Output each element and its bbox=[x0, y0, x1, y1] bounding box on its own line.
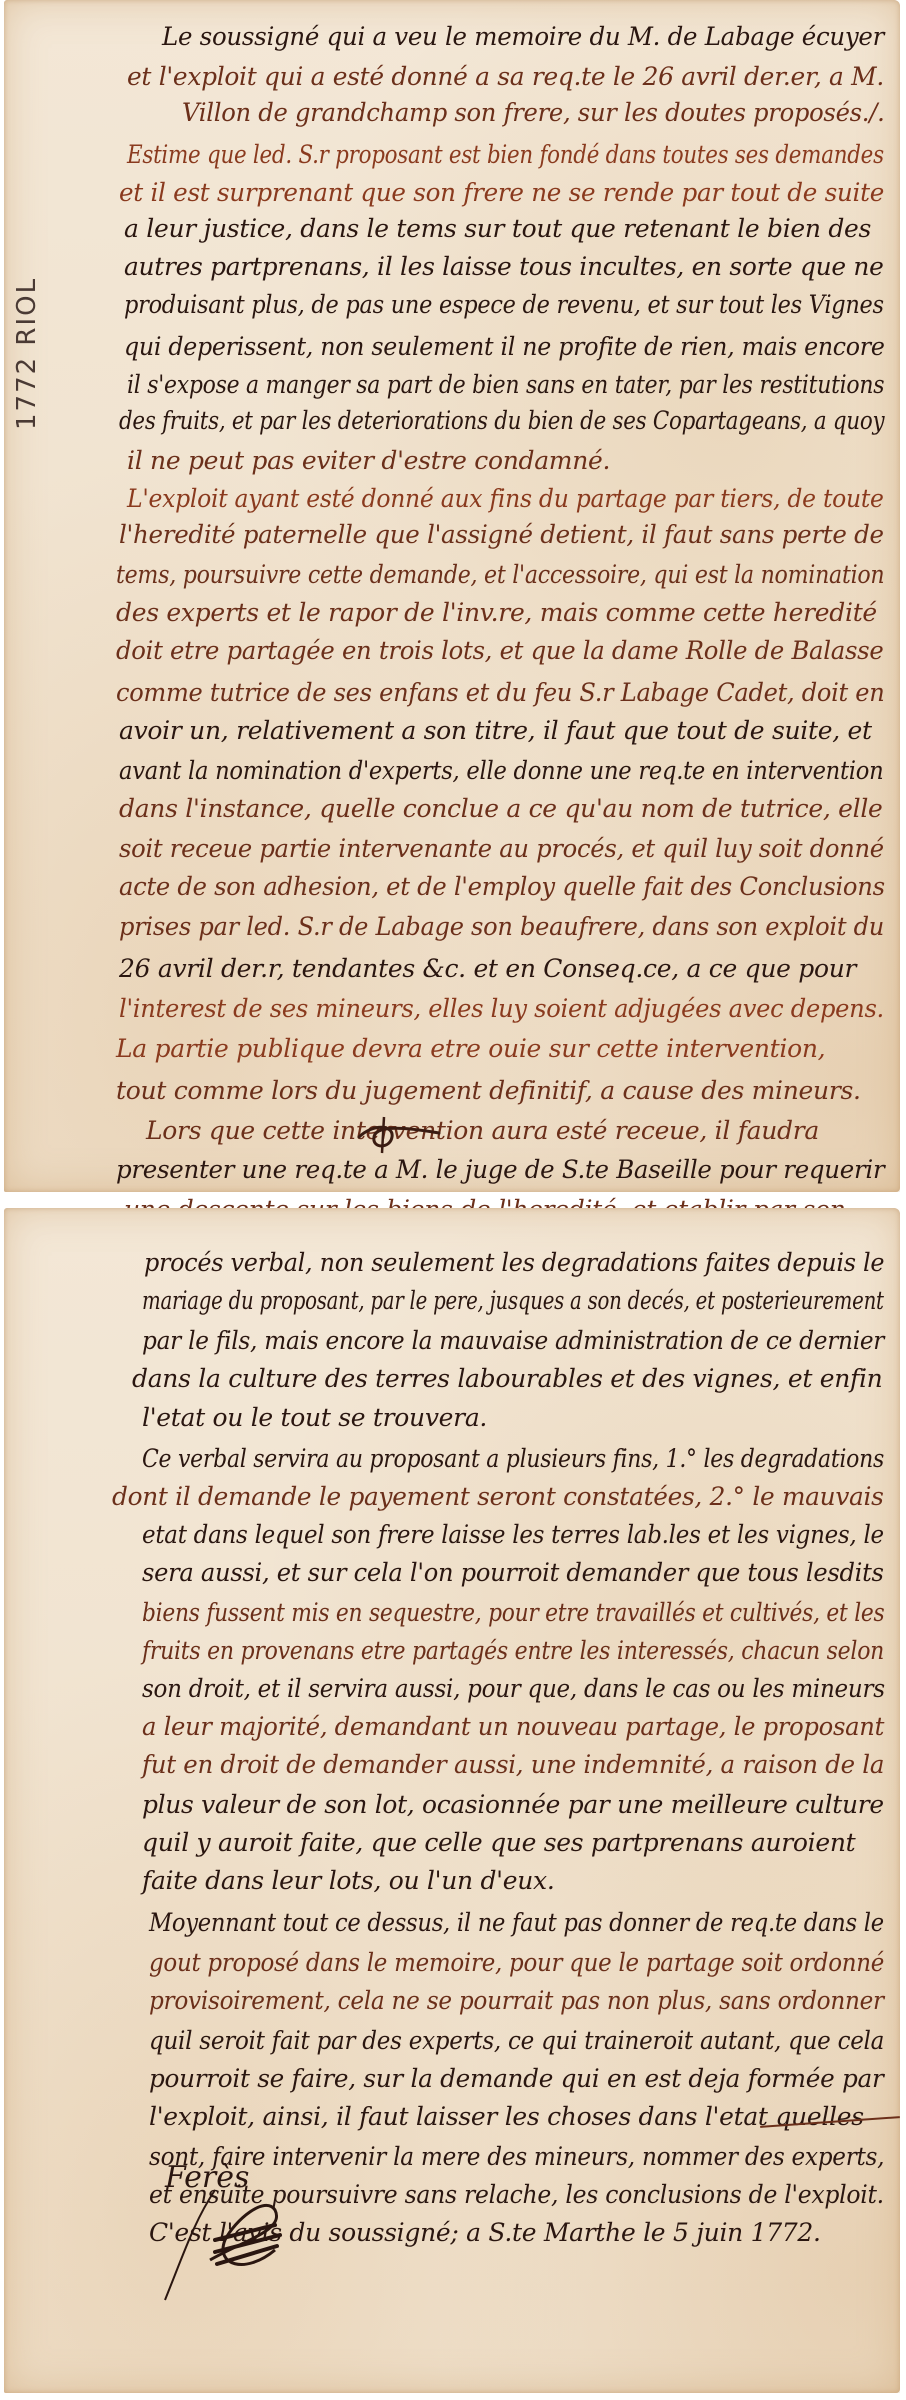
manuscript-line: etat dans lequel son frere laisse les te… bbox=[142, 1520, 884, 1549]
manuscript-line: et il est surprenant que son frere ne se… bbox=[119, 178, 884, 207]
manuscript-line: fut en droit de demander aussi, une inde… bbox=[142, 1750, 884, 1779]
manuscript-line: par le fils, mais encore la mauvaise adm… bbox=[142, 1326, 884, 1355]
manuscript-line: prises par led. S.r de Labage son beaufr… bbox=[119, 912, 884, 941]
manuscript-line: l'heredité paternelle que l'assigné deti… bbox=[119, 520, 884, 549]
manuscript-line: soit receue partie intervenante au procé… bbox=[119, 834, 884, 863]
manuscript-line: tout comme lors du jugement definitif, a… bbox=[116, 1076, 861, 1105]
manuscript-line: procés verbal, non seulement les degrada… bbox=[144, 1248, 884, 1277]
signature-paraph-icon bbox=[155, 2180, 315, 2310]
manuscript-line: tems, poursuivre cette demande, et l'acc… bbox=[116, 560, 884, 589]
manuscript-line: quil y auroit faite, que celle que ses p… bbox=[142, 1828, 855, 1857]
manuscript-line: Le soussigné qui a veu le memoire du M. … bbox=[162, 22, 884, 51]
archive-margin-note: 1772 RIOL bbox=[12, 277, 42, 430]
manuscript-line: Lors que cette intervention aura esté re… bbox=[146, 1116, 819, 1145]
manuscript-page-1: 1772 RIOL Le soussigné qui a veu le memo… bbox=[4, 0, 900, 1192]
manuscript-line: presenter une req.te a M. le juge de S.t… bbox=[116, 1155, 884, 1184]
manuscript-line: dont il demande le payement seront const… bbox=[112, 1482, 884, 1511]
manuscript-line: des experts et le rapor de l'inv.re, mai… bbox=[116, 598, 877, 627]
manuscript-line: l'interest de ses mineurs, elles luy soi… bbox=[119, 994, 884, 1023]
manuscript-line: Villon de grandchamp son frere, sur les … bbox=[182, 98, 885, 127]
manuscript-line: Ce verbal servira au proposant a plusieu… bbox=[142, 1444, 884, 1473]
manuscript-line: fruits en provenans etre partagés entre … bbox=[142, 1636, 884, 1665]
manuscript-line: produisant plus, de pas une espece de re… bbox=[124, 290, 884, 319]
manuscript-line: des fruits, et par les deteriorations du… bbox=[119, 406, 884, 435]
manuscript-line: doit etre partagée en trois lots, et que… bbox=[116, 636, 883, 665]
manuscript-line: sont, faire intervenir la mere des mineu… bbox=[149, 2142, 884, 2171]
manuscript-line: L'exploit ayant esté donné aux fins du p… bbox=[127, 484, 884, 513]
manuscript-line: a leur justice, dans le tems sur tout qu… bbox=[124, 214, 871, 243]
manuscript-line: avoir un, relativement a son titre, il f… bbox=[119, 716, 872, 745]
manuscript-line: mariage du proposant, par le pere, jusqu… bbox=[142, 1286, 884, 1315]
manuscript-line: plus valeur de son lot, ocasionnée par u… bbox=[142, 1790, 884, 1819]
manuscript-line: a leur majorité, demandant un nouveau pa… bbox=[142, 1712, 884, 1741]
manuscript-line: 26 avril der.r, tendantes &c. et en Cons… bbox=[119, 954, 856, 983]
manuscript-line: pourroit se faire, sur la demande qui en… bbox=[149, 2064, 884, 2093]
manuscript-line: l'etat ou le tout se trouvera. bbox=[142, 1403, 487, 1432]
manuscript-line: Estime que led. S.r proposant est bien f… bbox=[127, 140, 884, 169]
manuscript-line: l'exploit, ainsi, il faut laisser les ch… bbox=[149, 2102, 864, 2131]
manuscript-line: il s'expose a manger sa part de bien san… bbox=[127, 370, 884, 399]
manuscript-line: sera aussi, et sur cela l'on pourroit de… bbox=[142, 1558, 884, 1587]
manuscript-line: acte de son adhesion, et de l'employ que… bbox=[119, 872, 885, 901]
manuscript-line: La partie publique devra etre ouie sur c… bbox=[116, 1034, 825, 1063]
manuscript-line: il ne peut pas eviter d'estre condamné. bbox=[127, 446, 610, 475]
end-flourish-icon bbox=[354, 1115, 444, 1155]
manuscript-line: faite dans leur lots, ou l'un d'eux. bbox=[142, 1866, 554, 1895]
manuscript-line: comme tutrice de ses enfans et du feu S.… bbox=[116, 678, 884, 707]
manuscript-line: quil seroit fait par des experts, ce qui… bbox=[149, 2026, 884, 2055]
manuscript-line: et l'exploit qui a esté donné a sa req.t… bbox=[127, 62, 884, 91]
manuscript-line: provisoirement, cela ne se pourrait pas … bbox=[149, 1986, 884, 2015]
manuscript-line: Moyennant tout ce dessus, il ne faut pas… bbox=[149, 1908, 884, 1937]
manuscript-line: autres partprenans, il les laisse tous i… bbox=[124, 252, 884, 281]
manuscript-line: biens fussent mis en sequestre, pour etr… bbox=[142, 1598, 884, 1627]
manuscript-line: qui deperissent, non seulement il ne pro… bbox=[124, 332, 885, 361]
manuscript-line: dans l'instance, quelle conclue a ce qu'… bbox=[119, 794, 883, 823]
manuscript-line: son droit, et il servira aussi, pour que… bbox=[142, 1674, 885, 1703]
manuscript-line: avant la nomination d'experts, elle donn… bbox=[119, 756, 883, 785]
manuscript-line: gout proposé dans le memoire, pour que l… bbox=[149, 1948, 884, 1977]
manuscript-page-2: procés verbal, non seulement les degrada… bbox=[4, 1208, 900, 2393]
manuscript-line: dans la culture des terres labourables e… bbox=[132, 1364, 882, 1393]
